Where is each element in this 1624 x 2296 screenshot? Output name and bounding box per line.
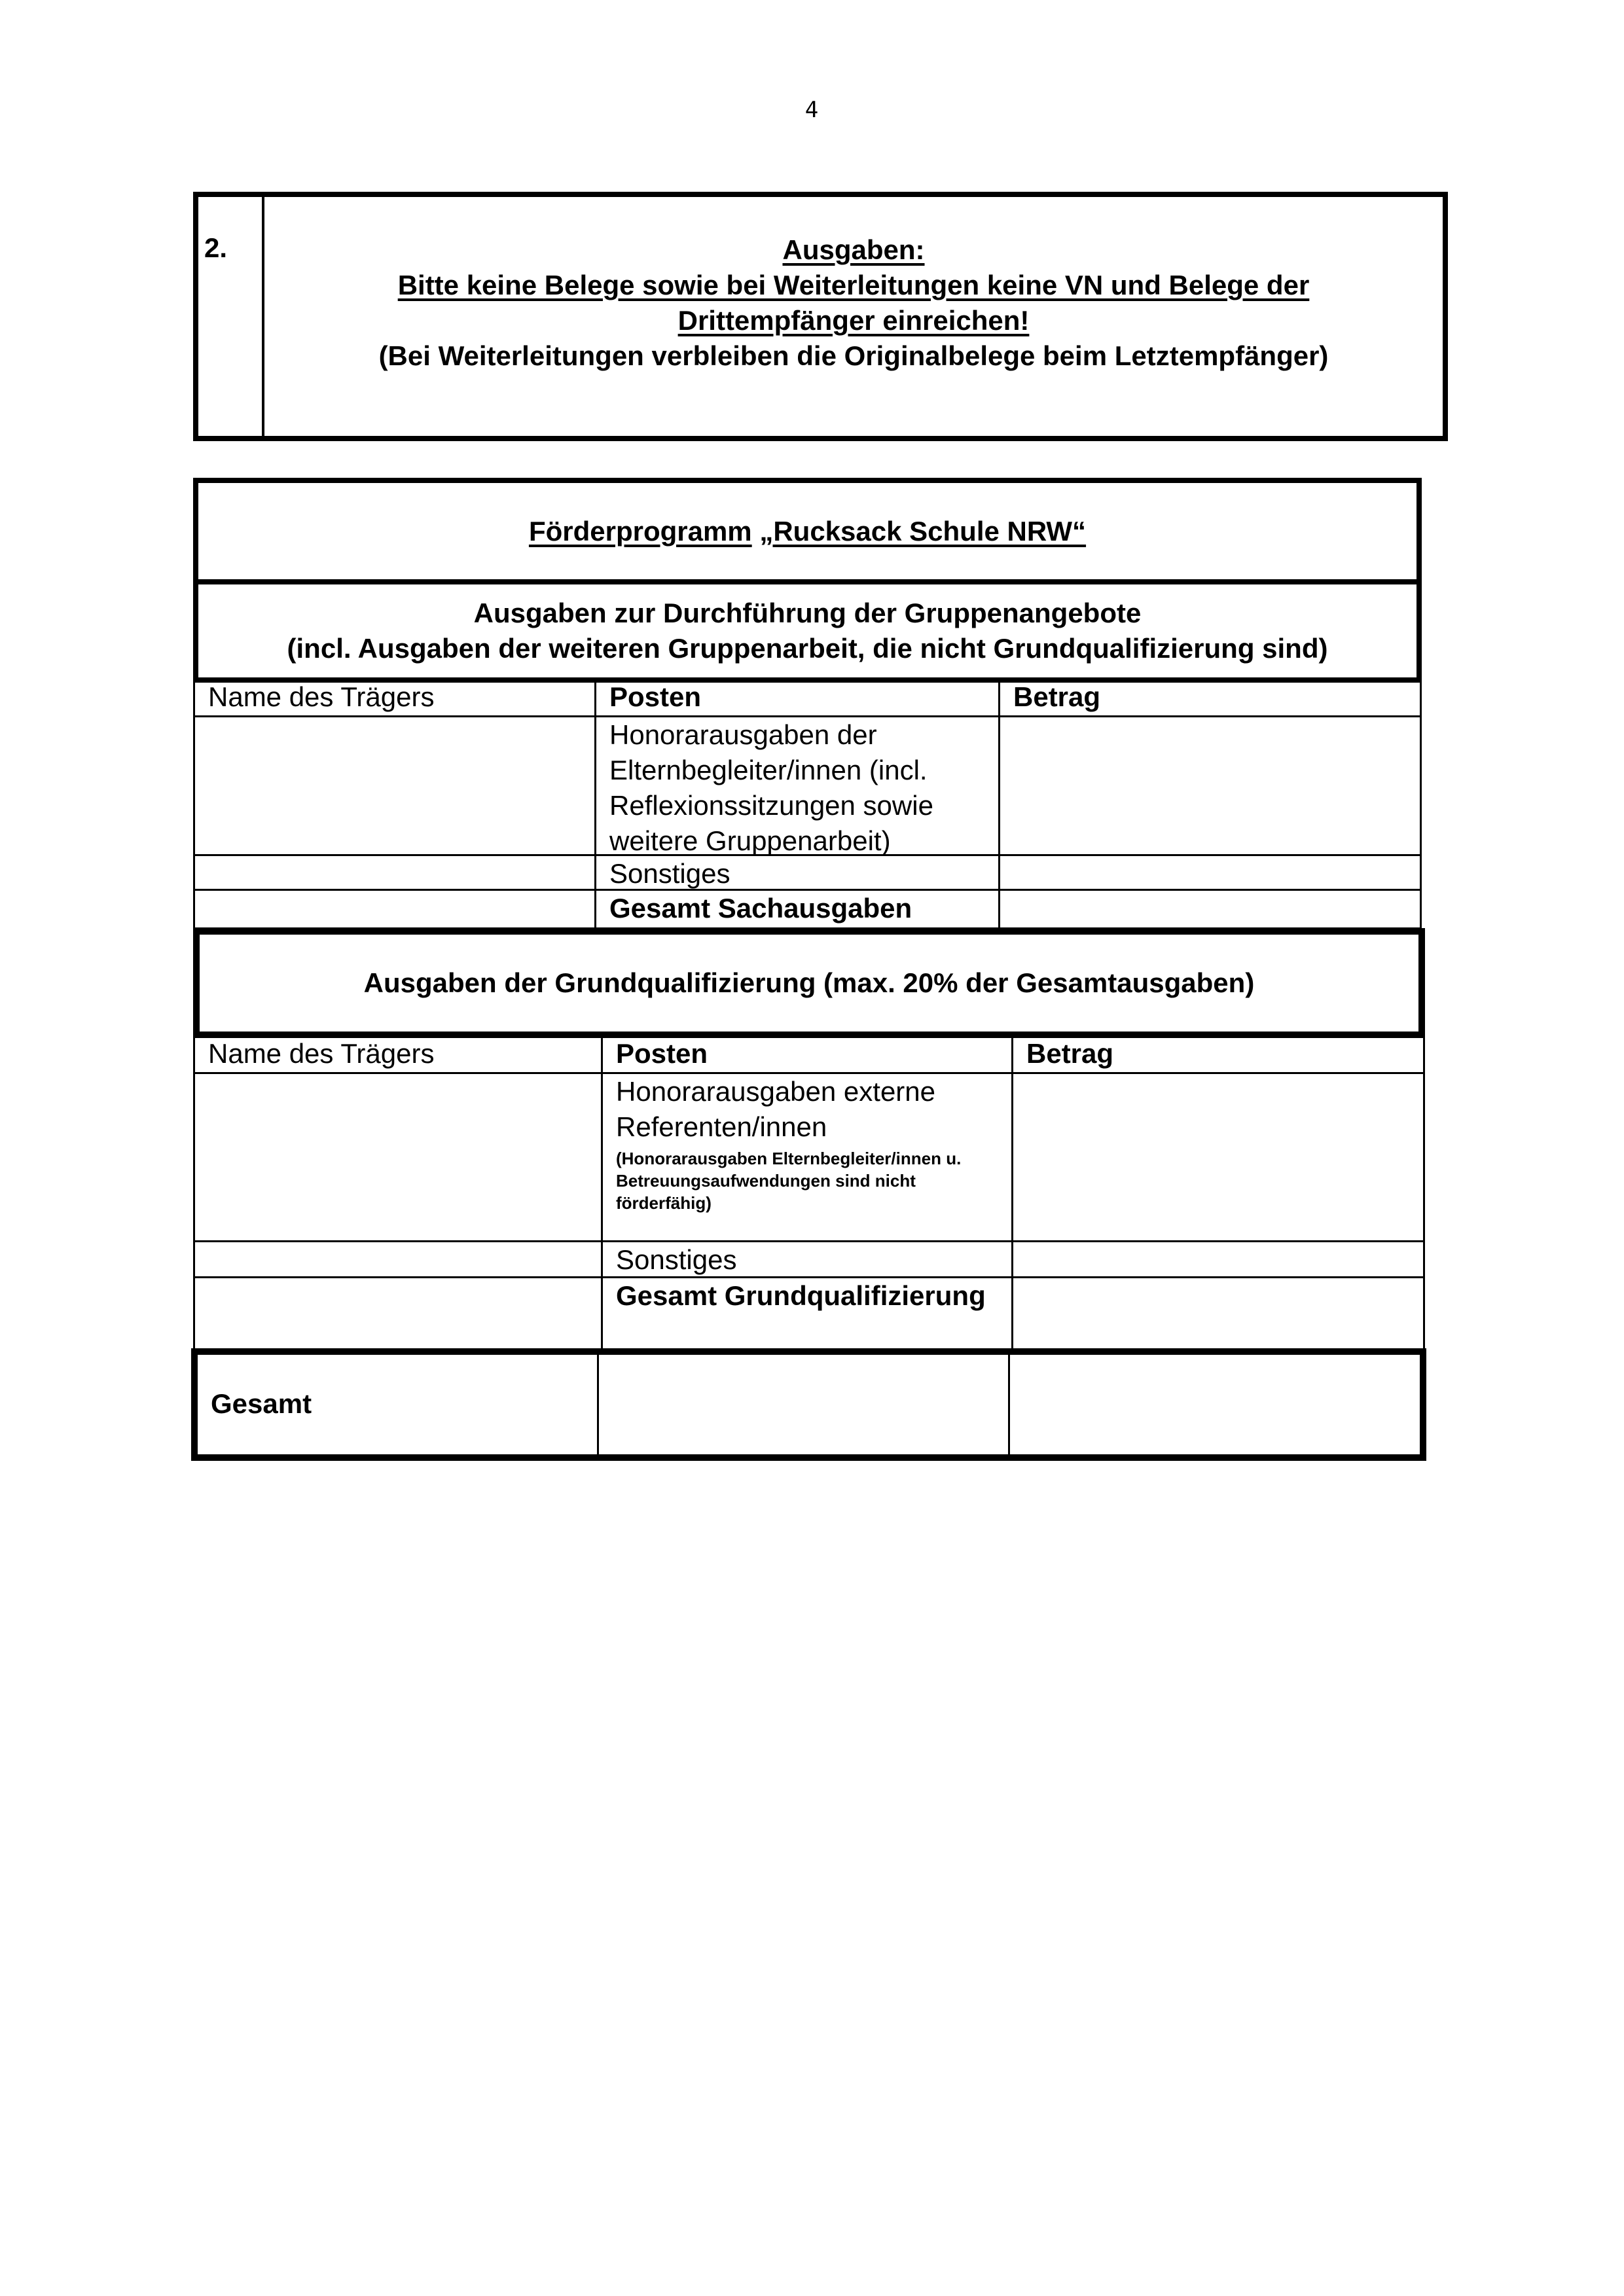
program-title-box: Förderprogramm „Rucksack Schule NRW“	[193, 478, 1422, 584]
table1-row2-posten: Sonstiges	[594, 854, 1000, 891]
table1-row2-name[interactable]	[193, 854, 596, 891]
table2-row2-betrag[interactable]	[1011, 1240, 1425, 1278]
total-divider-2	[1008, 1348, 1010, 1461]
table1-row3-posten: Gesamt Sachausgaben	[594, 889, 1000, 929]
table1-row1-name[interactable]	[193, 715, 596, 856]
total-posten[interactable]	[601, 1356, 1005, 1454]
page-number: 4	[785, 97, 838, 123]
table2-row3-betrag[interactable]	[1011, 1276, 1425, 1352]
table2-header-posten: Posten	[601, 1034, 1013, 1074]
table2-row2-posten: Sonstiges	[601, 1240, 1013, 1278]
total-label: Gesamt	[211, 1386, 312, 1422]
table2-row3-posten: Gesamt Grundqualifizierung	[601, 1276, 1013, 1352]
total-betrag[interactable]	[1012, 1356, 1418, 1454]
program-title-part2: „Rucksack Schule NRW“	[759, 516, 1086, 547]
section-title: Ausgaben:	[782, 234, 924, 265]
table2-row1-note: (Honorarausgaben Elternbegleiter/innen u…	[616, 1147, 998, 1214]
table2-row1-betrag[interactable]	[1011, 1072, 1425, 1242]
section-notice-line2: Drittempfänger einreichen!	[678, 305, 1030, 336]
section-number: 2.	[204, 232, 227, 264]
table2-title-box: Ausgaben der Grundqualifizierung (max. 2…	[193, 928, 1425, 1038]
table1-row2-betrag[interactable]	[998, 854, 1422, 891]
section-remark: (Bei Weiterleitungen verbleiben die Orig…	[264, 338, 1443, 374]
table1-header-posten: Posten	[594, 677, 1000, 717]
table2-header-betrag: Betrag	[1011, 1034, 1425, 1074]
table1-title-line2: (incl. Ausgaben der weiteren Gruppenarbe…	[287, 631, 1328, 666]
table2-row2-name[interactable]	[193, 1240, 603, 1278]
table1-header-betrag: Betrag	[998, 677, 1422, 717]
table2-row1-posten: Honorarausgaben externe Referenten/innen…	[601, 1072, 1013, 1242]
table1-row1-posten: Honorarausgaben der Elternbegleiter/inne…	[594, 715, 1000, 856]
program-title-part1: Förderprogramm	[529, 516, 752, 547]
total-divider-1	[597, 1348, 599, 1461]
table2-row1-posten-text: Honorarausgaben externe Referenten/innen	[616, 1076, 935, 1142]
table1-title-line1: Ausgaben zur Durchführung der Gruppenang…	[287, 596, 1328, 631]
table1-title-box: Ausgaben zur Durchführung der Gruppenang…	[193, 579, 1422, 683]
table2-title: Ausgaben der Grundqualifizierung (max. 2…	[364, 965, 1255, 1001]
table2-row3-name[interactable]	[193, 1276, 603, 1352]
section-notice-line1: Bitte keine Belege sowie bei Weiterleitu…	[398, 270, 1310, 300]
table1-header-name: Name des Trägers	[193, 677, 596, 717]
table2-header-name: Name des Trägers	[193, 1034, 603, 1074]
table1-row1-betrag[interactable]	[998, 715, 1422, 856]
table1-row3-name[interactable]	[193, 889, 596, 929]
table2-row1-name[interactable]	[193, 1072, 603, 1242]
section-header: Ausgaben: Bitte keine Belege sowie bei W…	[264, 232, 1443, 374]
table1-row3-betrag[interactable]	[998, 889, 1422, 929]
